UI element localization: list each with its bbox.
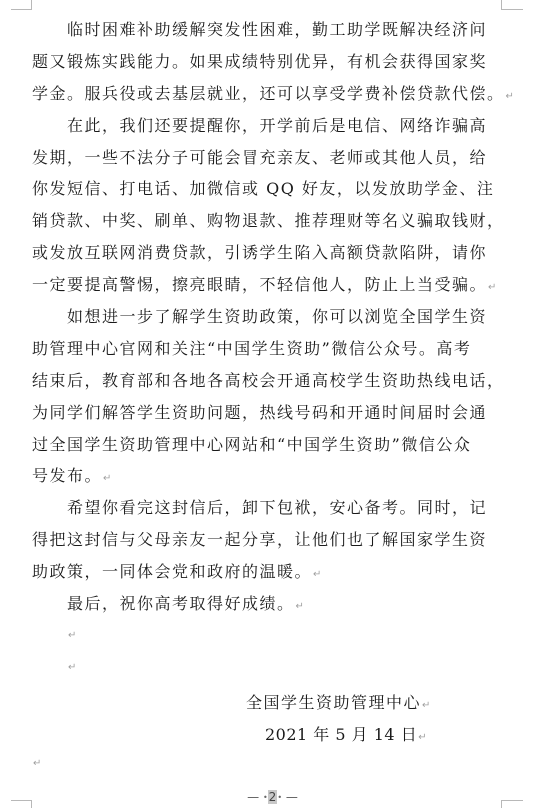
text-line: 如想进一步了解学生资助政策，你可以浏览全国学生资	[32, 304, 492, 336]
text-line-content: 得把这封信与父母亲友一起分享，让他们也了解国家学生资	[32, 530, 487, 549]
footer-dash-right: —	[286, 790, 298, 804]
text-line-content: 发期，一些不法分子可能会冒充亲友、老师或其他人员，给	[32, 148, 487, 167]
paragraph-mark-icon: ↵	[422, 700, 430, 711]
text-line-content: 学金。服兵役或去基层就业，还可以享受学费补偿贷款代偿。	[32, 84, 505, 103]
paragraph-mark-icon: ↵	[488, 282, 496, 293]
signature-organization-text: 全国学生资助管理中心	[246, 693, 421, 712]
text-line-content: 销贷款、中奖、刷单、购物退款、推荐理财等名义骗取钱财，	[32, 211, 505, 230]
text-line: 最后，祝你高考取得好成绩。↵	[32, 591, 492, 623]
text-line-content: 号发布。	[32, 466, 102, 485]
paragraph-mark-icon: ↵	[103, 473, 111, 484]
text-line-content: 希望你看完这封信后，卸下包袱，安心备考。同时，记	[67, 498, 487, 517]
paragraph-mark-icon: ↵	[68, 662, 76, 673]
text-line: 过全国学生资助管理中心网站和“中国学生资助”微信公众	[32, 432, 492, 464]
text-line-content: 如想进一步了解学生资助政策，你可以浏览全国学生资	[67, 307, 487, 326]
text-line: 得把这封信与父母亲友一起分享，让他们也了解国家学生资	[32, 527, 492, 559]
text-line: 题又锻炼实践能力。如果成绩特别优异，有机会获得国家奖	[32, 49, 492, 81]
signature-organization: 全国学生资助管理中心↵	[246, 690, 430, 713]
text-line: 助政策，一同体会党和政府的温暖。↵	[32, 559, 492, 591]
empty-paragraph[interactable]: ↵	[32, 623, 492, 655]
text-line: 一定要提高警惕，擦亮眼睛，不轻信他人，防止上当受骗。↵	[32, 272, 492, 304]
footer-dash-left: —	[247, 790, 259, 804]
text-line: 助管理中心官网和关注“中国学生资助”微信公众号。高考	[32, 336, 492, 368]
text-line-content: 助政策，一同体会党和政府的温暖。	[32, 562, 312, 581]
paragraph-more-info[interactable]: 如想进一步了解学生资助政策，你可以浏览全国学生资 助管理中心官网和关注“中国学生…	[32, 304, 492, 495]
document-body[interactable]: 临时困难补助缓解突发性困难，勤工助学既解决经济问 题又锻炼实践能力。如果成绩特别…	[32, 17, 492, 687]
text-line-content: 临时困难补助缓解突发性困难，勤工助学既解决经济问	[67, 20, 487, 39]
paragraph-fraud-warning[interactable]: 在此，我们还要提醒你，开学前后是电信、网络诈骗高 发期，一些不法分子可能会冒充亲…	[32, 113, 492, 304]
text-line: 希望你看完这封信后，卸下包袱，安心备考。同时，记	[32, 495, 492, 527]
text-line-content: 你发短信、打电话、加微信或 QQ 好友，以发放助学金、注	[32, 179, 494, 198]
page-number[interactable]: 2	[268, 790, 278, 804]
paragraph-mark-icon: ↵	[313, 569, 321, 580]
text-line: 为同学们解答学生资助问题，热线号码和开通时间届时会通	[32, 400, 492, 432]
text-line: 结束后，教育部和各地各高校会开通高校学生资助热线电话，	[32, 368, 492, 400]
text-line-content: 或发放互联网消费贷款，引诱学生陷入高额贷款陷阱，请你	[32, 243, 487, 262]
page-corner-mark-top-left	[11, 0, 32, 10]
text-line-content: 为同学们解答学生资助问题，热线号码和开通时间届时会通	[32, 403, 487, 422]
text-line-content: 在此，我们还要提醒你，开学前后是电信、网络诈骗高	[67, 116, 487, 135]
paragraph-closing-wish[interactable]: 最后，祝你高考取得好成绩。↵	[32, 591, 492, 623]
page-corner-mark-top-right	[501, 0, 523, 10]
text-line: 销贷款、中奖、刷单、购物退款、推荐理财等名义骗取钱财，	[32, 208, 492, 240]
paragraph-mark-icon: ↵	[33, 758, 41, 769]
page-number-footer: — •2• —	[0, 790, 545, 804]
text-line: 学金。服兵役或去基层就业，还可以享受学费补偿贷款代偿。↵	[32, 81, 492, 113]
paragraph-mark-icon: ↵	[68, 630, 76, 641]
paragraph-financial-aid[interactable]: 临时困难补助缓解突发性困难，勤工助学既解决经济问 题又锻炼实践能力。如果成绩特别…	[32, 17, 492, 113]
text-line: 或发放互联网消费贷款，引诱学生陷入高额贷款陷阱，请你	[32, 240, 492, 272]
signature-date-text: 2021 年 5 月 14 日	[265, 725, 417, 744]
text-line: 你发短信、打电话、加微信或 QQ 好友，以发放助学金、注	[32, 176, 492, 208]
paragraph-mark-icon: ↵	[296, 601, 304, 612]
text-line-content: 最后，祝你高考取得好成绩。	[67, 594, 295, 613]
text-line-content: 过全国学生资助管理中心网站和“中国学生资助”微信公众	[32, 435, 471, 454]
text-line: 号发布。↵	[32, 463, 492, 495]
text-line: 发期，一些不法分子可能会冒充亲友、老师或其他人员，给	[32, 145, 492, 177]
empty-paragraph[interactable]: ↵	[32, 655, 492, 687]
footer-dot-left: •	[263, 793, 268, 802]
paragraph-share-letter[interactable]: 希望你看完这封信后，卸下包袱，安心备考。同时，记 得把这封信与父母亲友一起分享，…	[32, 495, 492, 591]
text-line-content: 结束后，教育部和各地各高校会开通高校学生资助热线电话，	[32, 371, 505, 390]
paragraph-mark-icon: ↵	[506, 91, 514, 102]
text-line-content: 题又锻炼实践能力。如果成绩特别优异，有机会获得国家奖	[32, 52, 487, 71]
empty-paragraph[interactable]: ↵	[32, 751, 41, 783]
text-line: 临时困难补助缓解突发性困难，勤工助学既解决经济问	[32, 17, 492, 49]
text-line-content: 一定要提高警惕，擦亮眼睛，不轻信他人，防止上当受骗。	[32, 275, 487, 294]
text-line: 在此，我们还要提醒你，开学前后是电信、网络诈骗高	[32, 113, 492, 145]
signature-date: 2021 年 5 月 14 日↵	[265, 722, 427, 745]
paragraph-mark-icon: ↵	[418, 732, 426, 743]
text-line-content: 助管理中心官网和关注“中国学生资助”微信公众号。高考	[32, 339, 471, 358]
footer-dot-right: •	[277, 793, 282, 802]
